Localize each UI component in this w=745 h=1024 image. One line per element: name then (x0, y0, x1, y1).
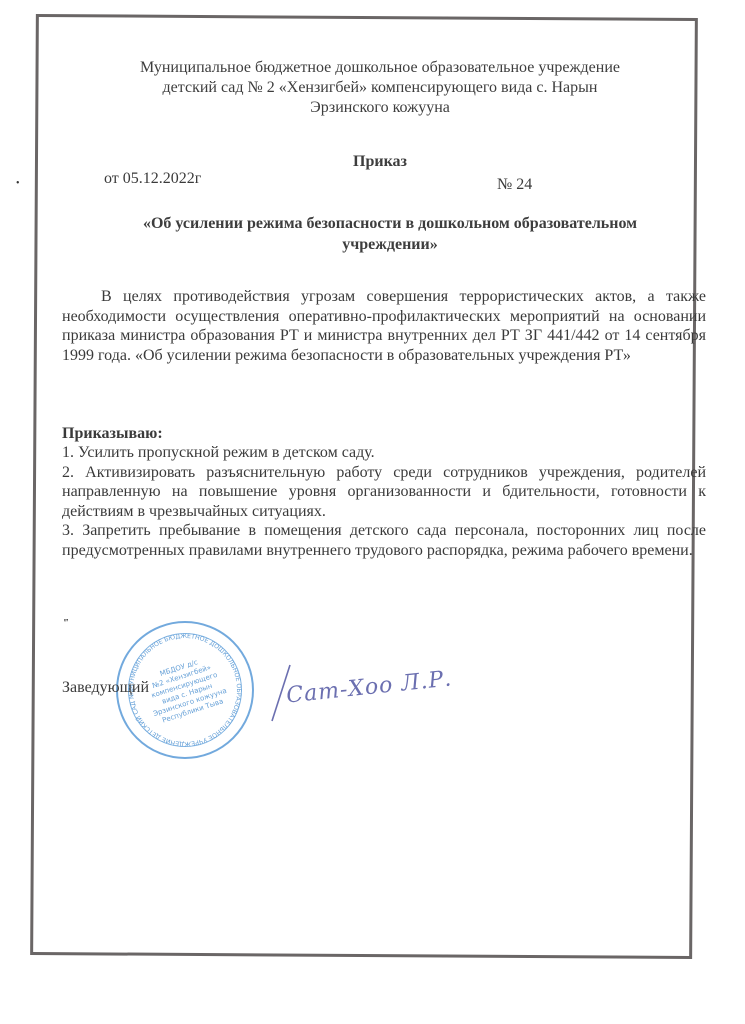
signatory-role: Заведующий (62, 679, 149, 697)
order-item: 1. Усилить пропускной режим в детском са… (62, 443, 706, 463)
scan-speck: • (16, 178, 20, 189)
order-item: 3. Запретить пребывание в помещения детс… (62, 521, 706, 560)
order-subject: «Об усилении режима безопасности в дошко… (100, 213, 680, 255)
order-date: от 05.12.2022г (104, 170, 201, 188)
header-line: детский сад № 2 «Хензигбей» компенсирующ… (100, 78, 660, 98)
document-title: Приказ (330, 153, 430, 171)
scan-speck: ‴ (64, 618, 68, 629)
orders-list: 1. Усилить пропускной режим в детском са… (62, 443, 706, 560)
header-line: Муниципальное бюджетное дошкольное образ… (100, 58, 660, 78)
institution-header: Муниципальное бюджетное дошкольное образ… (100, 58, 660, 118)
order-item: 2. Активизировать разъяснительную работу… (62, 463, 706, 522)
orders-heading: Приказываю: (62, 425, 163, 443)
header-line: Эрзинского кожууна (100, 98, 660, 118)
preamble-paragraph: В целях противодействия угрозам совершен… (62, 287, 706, 365)
order-number: № 24 (497, 176, 532, 194)
handwritten-signature: Сат-Хоо Л.Р. (262, 655, 472, 725)
